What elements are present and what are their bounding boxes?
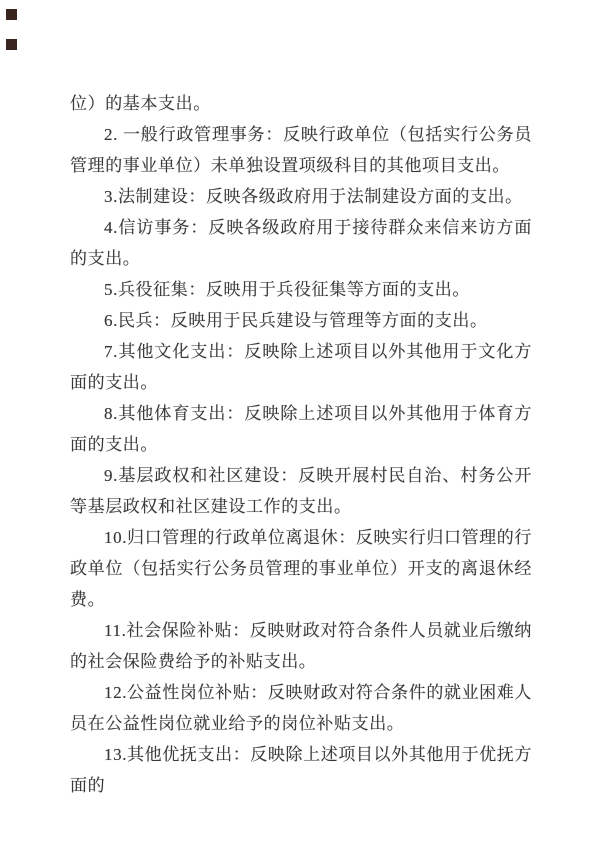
paragraph: 13.其他优抚支出：反映除上述项目以外其他用于优抚方面的 [70,739,532,801]
scan-artifact-mark [6,9,17,20]
document-text-body: 位）的基本支出。2. 一般行政管理事务：反映行政单位（包括实行公务员管理的事业单… [70,88,532,801]
paragraph: 2. 一般行政管理事务：反映行政单位（包括实行公务员管理的事业单位）未单独设置项… [70,119,532,181]
paragraph: 4.信访事务：反映各级政府用于接待群众来信来访方面的支出。 [70,212,532,274]
paragraph: 3.法制建设：反映各级政府用于法制建设方面的支出。 [70,181,532,212]
paragraph: 10.归口管理的行政单位离退休：反映实行归口管理的行政单位（包括实行公务员管理的… [70,522,532,615]
paragraph: 位）的基本支出。 [70,88,532,119]
scanned-document-page: 位）的基本支出。2. 一般行政管理事务：反映行政单位（包括实行公务员管理的事业单… [0,0,600,848]
paragraph: 5.兵役征集：反映用于兵役征集等方面的支出。 [70,274,532,305]
paragraph: 9.基层政权和社区建设：反映开展村民自治、村务公开等基层政权和社区建设工作的支出… [70,460,532,522]
paragraph: 7.其他文化支出：反映除上述项目以外其他用于文化方面的支出。 [70,336,532,398]
paragraph: 11.社会保险补贴：反映财政对符合条件人员就业后缴纳的社会保险费给予的补贴支出。 [70,615,532,677]
paragraph: 6.民兵：反映用于民兵建设与管理等方面的支出。 [70,305,532,336]
paragraph: 12.公益性岗位补贴：反映财政对符合条件的就业困难人员在公益性岗位就业给予的岗位… [70,677,532,739]
scan-artifact-mark [6,39,17,50]
paragraph: 8.其他体育支出：反映除上述项目以外其他用于体育方面的支出。 [70,398,532,460]
